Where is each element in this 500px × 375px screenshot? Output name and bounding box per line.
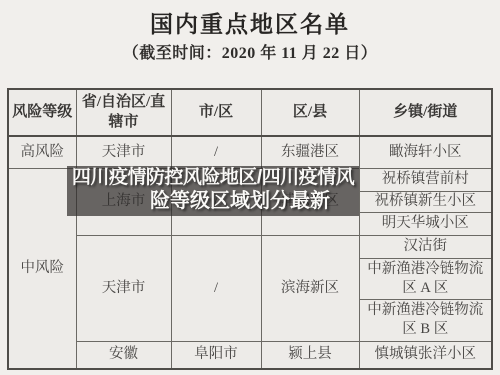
page-subtitle: （截至时间：2020 年 11 月 22 日）	[0, 40, 500, 63]
cell-district: 东疆港区	[261, 136, 359, 168]
cell-township: 中新渔港冷链物流区 B 区	[359, 299, 492, 341]
document-page: 国内重点地区名单 （截至时间：2020 年 11 月 22 日） 风险等级 省/…	[0, 0, 500, 375]
cell-province: 天津市	[76, 136, 171, 168]
cell-risk-level: 高风险	[8, 136, 76, 168]
cell-township: 中新渔港冷链物流区 A 区	[359, 258, 492, 299]
cell-township: 瞰海轩小区	[359, 136, 492, 168]
risk-area-table: 风险等级 省/自治区/直辖市 市/区 区/县 乡镇/街道 高风险 天津市 / 东…	[7, 88, 493, 370]
table-row: 天津市 / 滨海新区 汉沽街	[8, 235, 492, 258]
page-title: 国内重点地区名单	[0, 6, 500, 39]
watermark-text-line2: 险等级区域划分最新	[150, 189, 330, 213]
col-header-risk-level: 风险等级	[8, 89, 76, 136]
col-header-province: 省/自治区/直辖市	[76, 89, 171, 136]
watermark-overlay: 四川疫情防控风险地区/四川疫情风 险等级区域划分最新	[67, 166, 359, 216]
cell-city: /	[171, 235, 261, 341]
cell-township: 汉沽街	[359, 235, 492, 258]
table-header-row: 风险等级 省/自治区/直辖市 市/区 区/县 乡镇/街道	[8, 89, 492, 136]
watermark-text-line1: 四川疫情防控风险地区/四川疫情风	[72, 166, 354, 190]
table-row: 安徽 阜阳市 颍上县 慎城镇张洋小区	[8, 341, 492, 369]
cell-risk-level: 中风险	[8, 168, 76, 369]
cell-city: 阜阳市	[171, 341, 261, 369]
col-header-city: 市/区	[171, 89, 261, 136]
cell-township: 明天华城小区	[359, 212, 492, 235]
table-row-high-risk: 高风险 天津市 / 东疆港区 瞰海轩小区	[8, 136, 492, 168]
cell-district: 颍上县	[261, 341, 359, 369]
cell-province: 安徽	[76, 341, 171, 369]
col-header-township: 乡镇/街道	[359, 89, 492, 136]
cell-district: 滨海新区	[261, 235, 359, 341]
cell-township: 祝桥镇营前村	[359, 168, 492, 191]
cell-city: /	[171, 136, 261, 168]
cell-township: 祝桥镇新生小区	[359, 191, 492, 212]
cell-township: 慎城镇张洋小区	[359, 341, 492, 369]
cell-province: 天津市	[76, 235, 171, 341]
col-header-district: 区/县	[261, 89, 359, 136]
